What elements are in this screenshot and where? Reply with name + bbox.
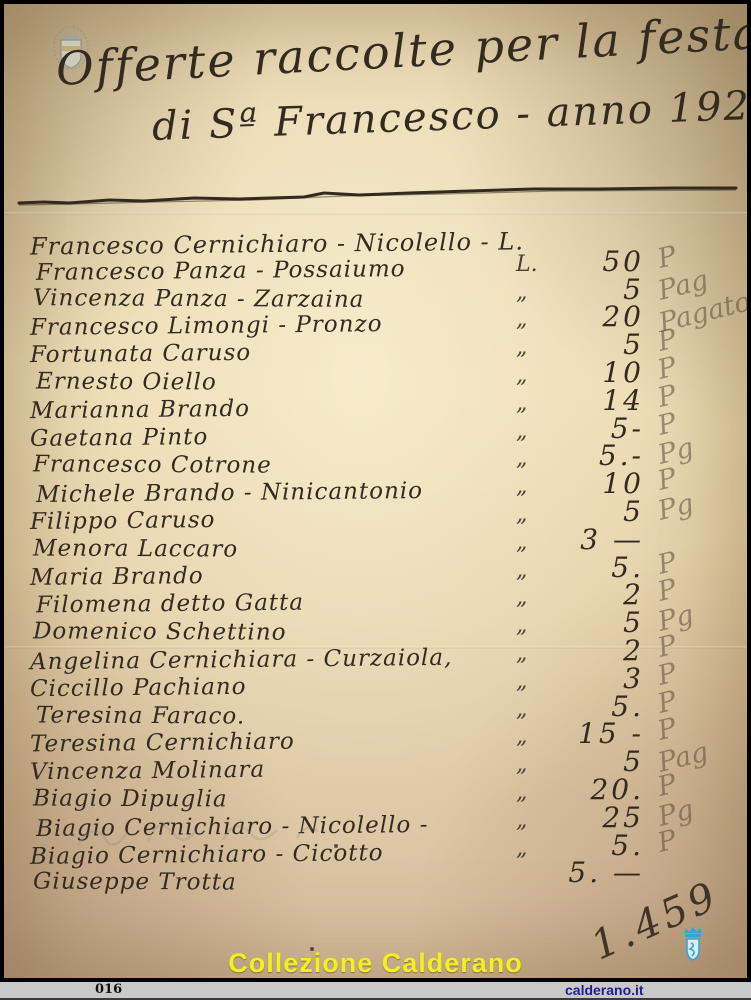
ditto-mark: „	[516, 391, 527, 416]
ditto-mark: „	[516, 808, 527, 833]
donor-name: Francesco Limongi - Pronzo	[30, 312, 383, 342]
ditto-mark: „	[516, 530, 527, 555]
ditto-mark: L.	[516, 252, 538, 277]
ditto-mark: „	[516, 724, 527, 749]
ditto-mark: „	[516, 335, 527, 360]
donor-name: Francesco Cernichiaro - Nicolello - L.	[30, 227, 524, 260]
donor-name: Angelina Cernichiara - Curzaiola,	[30, 645, 453, 675]
donor-name: Fortunata Caruso	[30, 340, 251, 368]
ditto-mark: „	[516, 474, 527, 499]
donor-name: Giuseppe Trotta	[33, 869, 237, 896]
ditto-mark: „	[516, 502, 527, 527]
ghost-watermark-scribble	[68, 810, 318, 860]
ledger-row: Giuseppe Trotta 5. —	[30, 869, 736, 897]
ditto-mark: „	[516, 307, 527, 332]
donor-name: Ernesto Oiello	[36, 369, 217, 396]
donor-name: Filippo Caruso	[30, 507, 216, 535]
ditto-mark: „	[516, 419, 527, 444]
donor-name: Gaetana Pinto	[30, 424, 208, 452]
donor-name: Menora Laccaro	[33, 535, 238, 562]
footer-bar: 016 calderano.it	[0, 982, 751, 1000]
ditto-mark: „	[516, 752, 527, 777]
amount-lire: 5. —	[538, 856, 644, 889]
ditto-mark: „	[516, 836, 527, 861]
donor-name: Michele Brando - Ninicantonio	[36, 478, 423, 508]
ledger-rows: Francesco Cernichiaro - Nicolello - L. F…	[30, 230, 736, 897]
ditto-mark: „	[516, 585, 527, 610]
donor-name: Domenico Schettino	[33, 618, 287, 645]
donor-name: Biagio Dipuglia	[33, 785, 228, 812]
ditto-mark: „	[516, 641, 527, 666]
hand-drawn-rule	[14, 169, 739, 209]
donor-name: Francesco Panza - Possaiumo	[36, 256, 406, 286]
footer-number: 016	[95, 982, 122, 997]
donor-name: Maria Brando	[30, 563, 204, 591]
document-title-line1: Offerte raccolte per la festa	[55, 5, 747, 96]
paper-sheet: Offerte raccolte per la festa di Sª Fran…	[4, 4, 747, 978]
donor-name: Teresina Faraco.	[36, 702, 245, 729]
ditto-mark: „	[516, 697, 527, 722]
ditto-mark: „	[516, 558, 527, 583]
donor-name: Vincenza Molinara	[30, 757, 265, 785]
donor-name: Marianna Brando	[30, 396, 250, 424]
collection-watermark: Collezione Calderano	[4, 948, 747, 978]
ditto-mark: „	[516, 669, 527, 694]
donor-name: Ciccillo Pachiano	[30, 674, 247, 702]
paid-pencil-mark: Pg	[655, 488, 697, 527]
ditto-mark: „	[516, 280, 527, 305]
donor-name: Vincenza Panza - Zarzaina	[33, 285, 365, 313]
donor-name: Teresina Cernichiaro	[30, 729, 295, 758]
scanned-document-page: Offerte raccolte per la festa di Sª Fran…	[0, 0, 751, 1000]
ditto-mark: „	[516, 613, 527, 638]
donor-name: Filomena detto Gatta	[36, 590, 304, 619]
footer-site-label: calderano.it	[565, 982, 644, 998]
ditto-mark: „	[516, 363, 527, 388]
paper-crease	[4, 212, 747, 215]
donor-name: Francesco Cotrone	[33, 452, 272, 479]
ink-speck	[334, 844, 338, 848]
document-title-line2: di Sª Francesco - anno 1929	[151, 82, 747, 150]
ditto-mark: „	[516, 446, 527, 471]
ditto-mark: „	[516, 780, 527, 805]
